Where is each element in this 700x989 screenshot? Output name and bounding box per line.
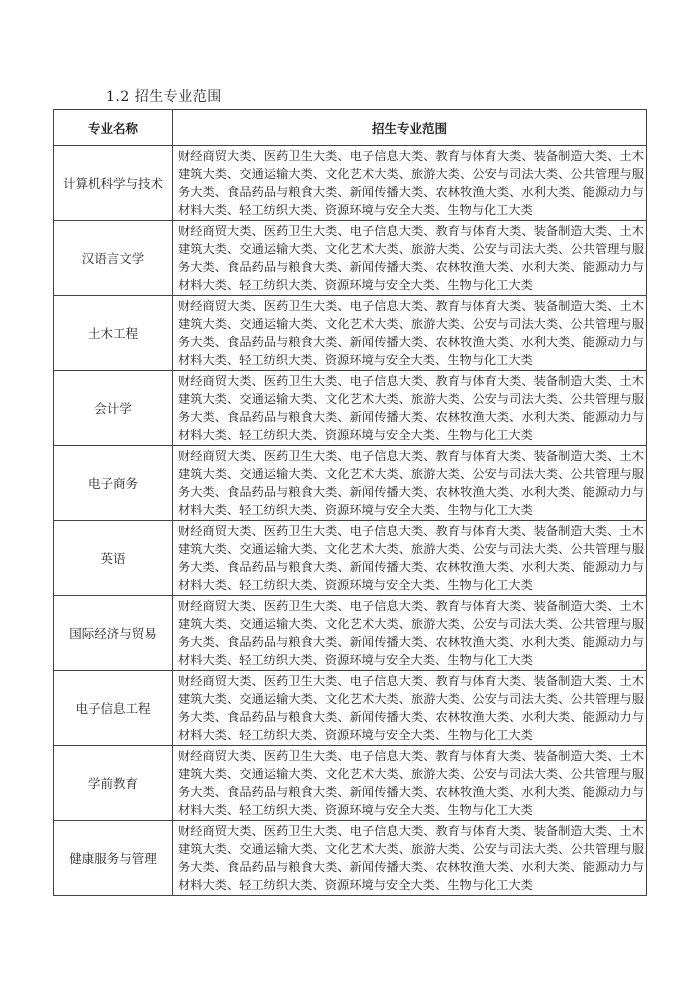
scope-text: 财经商贸大类、医药卫生大类、电子信息大类、教育与体育大类、装备制造大类、土木建筑… (173, 671, 647, 746)
major-name: 计算机科学与技术 (54, 146, 173, 221)
section-title: 1.2 招生专业范围 (106, 86, 222, 106)
table-header-row: 专业名称 招生专业范围 (54, 110, 647, 146)
major-name: 会计学 (54, 371, 173, 446)
scope-text: 财经商贸大类、医药卫生大类、电子信息大类、教育与体育大类、装备制造大类、土木建筑… (173, 446, 647, 521)
table-row: 健康服务与管理 财经商贸大类、医药卫生大类、电子信息大类、教育与体育大类、装备制… (54, 821, 647, 896)
major-name: 电子信息工程 (54, 671, 173, 746)
table-row: 汉语言文学 财经商贸大类、医药卫生大类、电子信息大类、教育与体育大类、装备制造大… (54, 221, 647, 296)
table-row: 英语 财经商贸大类、医药卫生大类、电子信息大类、教育与体育大类、装备制造大类、土… (54, 521, 647, 596)
scope-text: 财经商贸大类、医药卫生大类、电子信息大类、教育与体育大类、装备制造大类、土木建筑… (173, 821, 647, 896)
major-name: 土木工程 (54, 296, 173, 371)
table-row: 国际经济与贸易 财经商贸大类、医药卫生大类、电子信息大类、教育与体育大类、装备制… (54, 596, 647, 671)
table-row: 学前教育 财经商贸大类、医药卫生大类、电子信息大类、教育与体育大类、装备制造大类… (54, 746, 647, 821)
header-major-name: 专业名称 (54, 110, 173, 146)
major-name: 汉语言文学 (54, 221, 173, 296)
scope-text: 财经商贸大类、医药卫生大类、电子信息大类、教育与体育大类、装备制造大类、土木建筑… (173, 746, 647, 821)
scope-text: 财经商贸大类、医药卫生大类、电子信息大类、教育与体育大类、装备制造大类、土木建筑… (173, 596, 647, 671)
scope-text: 财经商贸大类、医药卫生大类、电子信息大类、教育与体育大类、装备制造大类、土木建筑… (173, 371, 647, 446)
scope-text: 财经商贸大类、医药卫生大类、电子信息大类、教育与体育大类、装备制造大类、土木建筑… (173, 146, 647, 221)
header-enrollment-scope: 招生专业范围 (173, 110, 647, 146)
scope-text: 财经商贸大类、医药卫生大类、电子信息大类、教育与体育大类、装备制造大类、土木建筑… (173, 521, 647, 596)
table-row: 电子商务 财经商贸大类、医药卫生大类、电子信息大类、教育与体育大类、装备制造大类… (54, 446, 647, 521)
major-name: 英语 (54, 521, 173, 596)
major-name: 电子商务 (54, 446, 173, 521)
enrollment-scope-table: 专业名称 招生专业范围 计算机科学与技术 财经商贸大类、医药卫生大类、电子信息大… (53, 109, 647, 896)
table-row: 计算机科学与技术 财经商贸大类、医药卫生大类、电子信息大类、教育与体育大类、装备… (54, 146, 647, 221)
major-name: 健康服务与管理 (54, 821, 173, 896)
scope-text: 财经商贸大类、医药卫生大类、电子信息大类、教育与体育大类、装备制造大类、土木建筑… (173, 296, 647, 371)
major-name: 国际经济与贸易 (54, 596, 173, 671)
scope-text: 财经商贸大类、医药卫生大类、电子信息大类、教育与体育大类、装备制造大类、土木建筑… (173, 221, 647, 296)
table-row: 电子信息工程 财经商贸大类、医药卫生大类、电子信息大类、教育与体育大类、装备制造… (54, 671, 647, 746)
major-name: 学前教育 (54, 746, 173, 821)
table-row: 会计学 财经商贸大类、医药卫生大类、电子信息大类、教育与体育大类、装备制造大类、… (54, 371, 647, 446)
table-row: 土木工程 财经商贸大类、医药卫生大类、电子信息大类、教育与体育大类、装备制造大类… (54, 296, 647, 371)
